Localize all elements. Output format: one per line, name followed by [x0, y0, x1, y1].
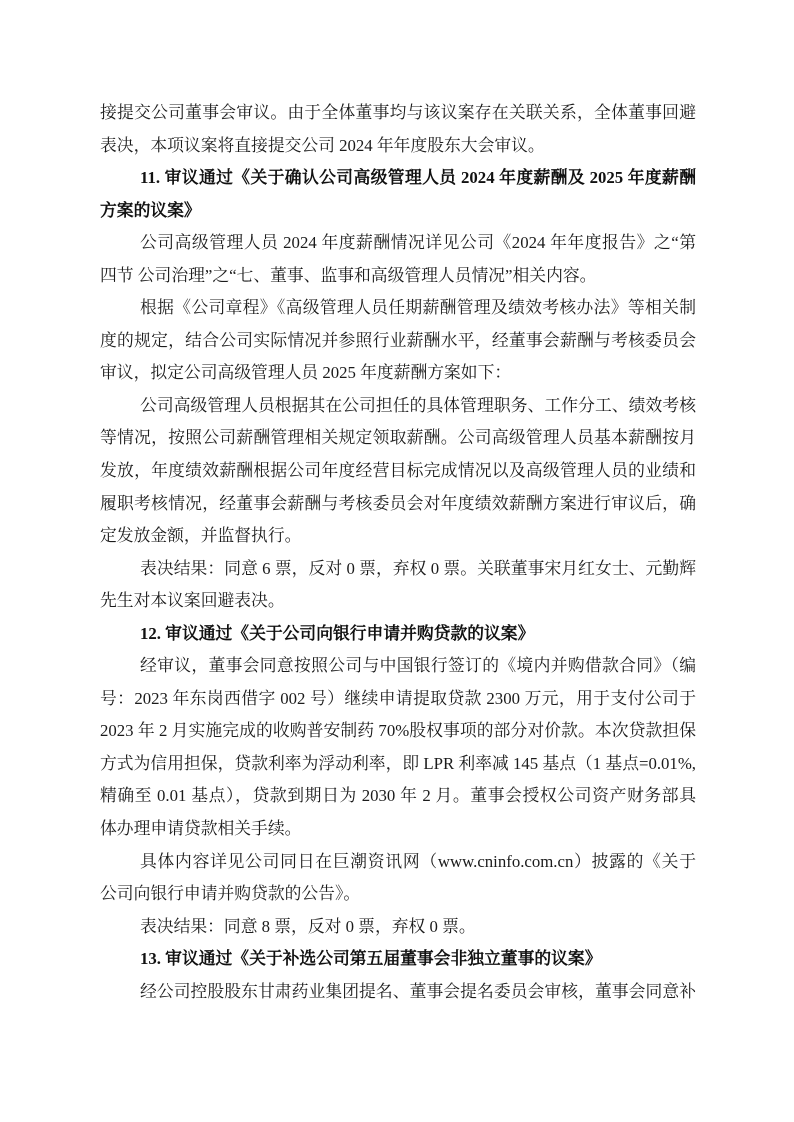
- document-line: 等情况，按照公司薪酬管理相关规定领取薪酬。公司高级管理人员基本薪酬按月: [100, 422, 696, 455]
- document-line: 具体内容详见公司同日在巨潮资讯网（www.cninfo.com.cn）披露的《关…: [100, 846, 696, 879]
- document-heading-line: 方案的议案》: [100, 195, 696, 228]
- document-line: 2023 年 2 月实施完成的收购普安制药 70%股权事项的部分对价款。本次贷款…: [100, 715, 696, 748]
- document-line: 方式为信用担保，贷款利率为浮动利率，即 LPR 利率减 145 基点（1 基点=…: [100, 748, 696, 781]
- document-line: 审议，拟定公司高级管理人员 2025 年度薪酬方案如下：: [100, 357, 696, 390]
- document-line: 履职考核情况，经董事会薪酬与考核委员会对年度绩效薪酬方案进行审议后，确: [100, 488, 696, 521]
- document-line: 体办理申请贷款相关手续。: [100, 813, 696, 846]
- document-line: 号：2023 年东岗西借字 002 号）继续申请提取贷款 2300 万元，用于支…: [100, 683, 696, 716]
- document-line: 表决结果：同意 8 票，反对 0 票，弃权 0 票。: [100, 911, 696, 944]
- document-line: 度的规定，结合公司实际情况并参照行业薪酬水平，经董事会薪酬与考核委员会: [100, 325, 696, 358]
- document-line: 接提交公司董事会审议。由于全体董事均与该议案存在关联关系，全体董事回避: [100, 97, 696, 130]
- document-heading-line: 13. 审议通过《关于补选公司第五届董事会非独立董事的议案》: [100, 943, 696, 976]
- document-line: 公司高级管理人员 2024 年度薪酬情况详见公司《2024 年年度报告》之“第: [100, 227, 696, 260]
- document-line: 经公司控股股东甘肃药业集团提名、董事会提名委员会审核，董事会同意补: [100, 976, 696, 1009]
- document-heading-line: 12. 审议通过《关于公司向银行申请并购贷款的议案》: [100, 618, 696, 651]
- document-line: 四节 公司治理”之“七、董事、监事和高级管理人员情况”相关内容。: [100, 260, 696, 293]
- document-text: 接提交公司董事会审议。由于全体董事均与该议案存在关联关系，全体董事回避表决，本项…: [100, 97, 696, 1008]
- document-line: 表决，本项议案将直接提交公司 2024 年年度股东大会审议。: [100, 130, 696, 163]
- document-line: 公司向银行申请并购贷款的公告》。: [100, 878, 696, 911]
- document-line: 先生对本议案回避表决。: [100, 585, 696, 618]
- document-line: 公司高级管理人员根据其在公司担任的具体管理职务、工作分工、绩效考核: [100, 390, 696, 423]
- document-page: 接提交公司董事会审议。由于全体董事均与该议案存在关联关系，全体董事回避表决，本项…: [0, 0, 794, 1122]
- document-line: 根据《公司章程》《高级管理人员任期薪酬管理及绩效考核办法》等相关制: [100, 292, 696, 325]
- document-heading-line: 11. 审议通过《关于确认公司高级管理人员 2024 年度薪酬及 2025 年度…: [100, 162, 696, 195]
- document-line: 精确至 0.01 基点），贷款到期日为 2030 年 2 月。董事会授权公司资产…: [100, 780, 696, 813]
- document-line: 定发放金额，并监督执行。: [100, 520, 696, 553]
- document-line: 经审议，董事会同意按照公司与中国银行签订的《境内并购借款合同》（编: [100, 650, 696, 683]
- document-line: 发放，年度绩效薪酬根据公司年度经营目标完成情况以及高级管理人员的业绩和: [100, 455, 696, 488]
- document-line: 表决结果：同意 6 票，反对 0 票，弃权 0 票。关联董事宋月红女士、元勤辉: [100, 553, 696, 586]
